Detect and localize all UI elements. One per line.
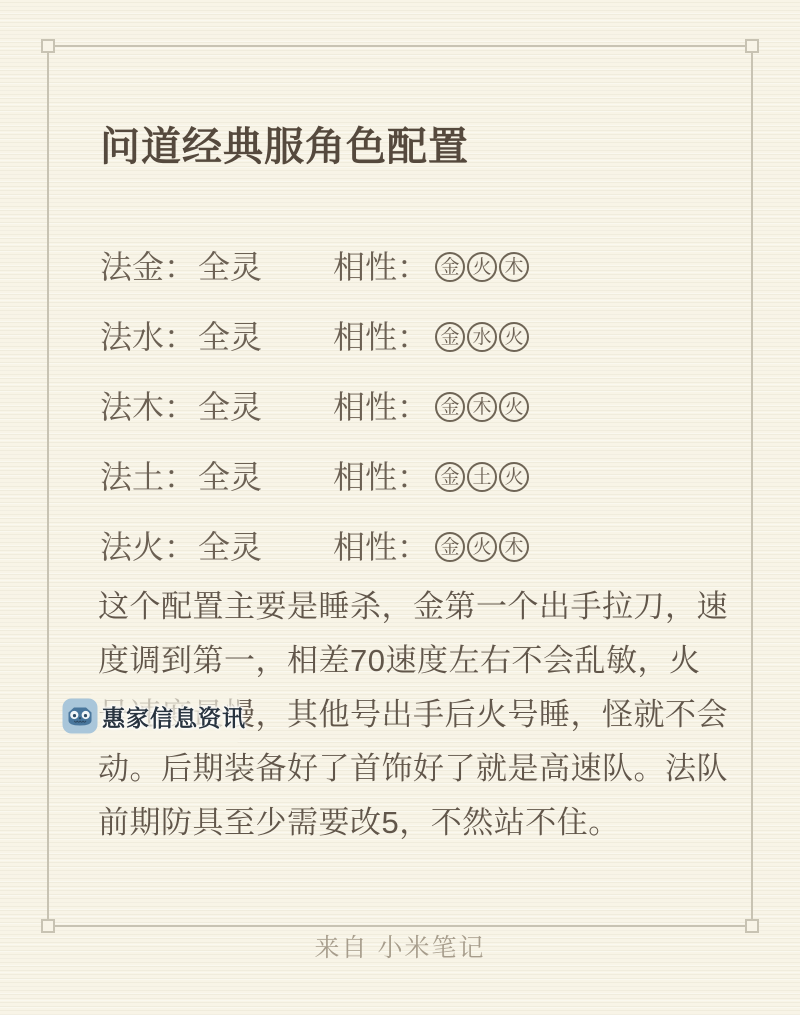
element-circle: 金 [435,392,465,422]
config-row: 法土：全灵 相性： 金 土 火 [100,457,740,497]
affinity-label: 相性： [333,317,429,357]
paragraph-line: 前期防具至少需要改5，不然站不住。 [98,796,728,850]
affinity-group: 相性： 金 火 木 [333,527,529,567]
affinity-label: 相性： [333,247,429,287]
element-circles: 金 火 木 [433,532,529,562]
frame-corner-ornament [42,40,54,52]
element-circle: 水 [467,322,497,352]
role-label: 法木： [100,389,196,425]
robot-mascot-icon [62,698,98,734]
element-circle: 金 [435,462,465,492]
element-circle: 火 [499,322,529,352]
affinity-group: 相性： 金 土 火 [333,457,529,497]
footer-source: 来自 小米笔记 [0,932,800,964]
paragraph-line: 度调到第一，相差70速度左右不会乱敏，火 [98,634,728,688]
role-value: 全灵 [198,529,262,565]
element-circle: 火 [467,252,497,282]
affinity-group: 相性： 金 水 火 [333,317,529,357]
affinity-label: 相性： [333,387,429,427]
role-value: 全灵 [198,249,262,285]
element-circles: 金 水 火 [433,322,529,352]
element-circle: 火 [499,392,529,422]
frame-corner-ornament [746,40,758,52]
note-canvas: 问道经典服角色配置 法金：全灵 相性： 金 火 木 法水：全灵 相性： 金 水 … [0,0,800,1015]
watermark: 惠家信息资讯 [62,698,246,734]
role-value: 全灵 [198,319,262,355]
element-circles: 金 火 木 [433,252,529,282]
element-circle: 火 [499,462,529,492]
affinity-group: 相性： 金 木 火 [333,387,529,427]
config-row: 法金：全灵 相性： 金 火 木 [100,247,740,287]
element-circle: 火 [467,532,497,562]
config-row: 法水：全灵 相性： 金 水 火 [100,317,740,357]
watermark-text: 惠家信息资讯 [102,700,246,733]
frame-corner-ornament [746,920,758,932]
element-circle: 金 [435,252,465,282]
affinity-label: 相性： [333,457,429,497]
role-label: 法金： [100,249,196,285]
role-label: 法水： [100,319,196,355]
element-circle: 木 [499,532,529,562]
element-circle: 木 [499,252,529,282]
config-row: 法木：全灵 相性： 金 木 火 [100,387,740,427]
element-circles: 金 土 火 [433,462,529,492]
frame-corner-ornament [42,920,54,932]
config-row: 法火：全灵 相性： 金 火 木 [100,527,740,567]
element-circles: 金 木 火 [433,392,529,422]
element-circle: 金 [435,322,465,352]
role-value: 全灵 [198,459,262,495]
role-label: 法土： [100,459,196,495]
affinity-label: 相性： [333,527,429,567]
element-circle: 木 [467,392,497,422]
role-value: 全灵 [198,389,262,425]
paragraph-line: 动。后期装备好了首饰好了就是高速队。法队 [98,742,728,796]
paragraph-line: 这个配置主要是睡杀，金第一个出手拉刀，速 [98,580,728,634]
element-circle: 土 [467,462,497,492]
role-label: 法火： [100,529,196,565]
affinity-group: 相性： 金 火 木 [333,247,529,287]
element-circle: 金 [435,532,465,562]
note-title: 问道经典服角色配置 [100,124,469,170]
